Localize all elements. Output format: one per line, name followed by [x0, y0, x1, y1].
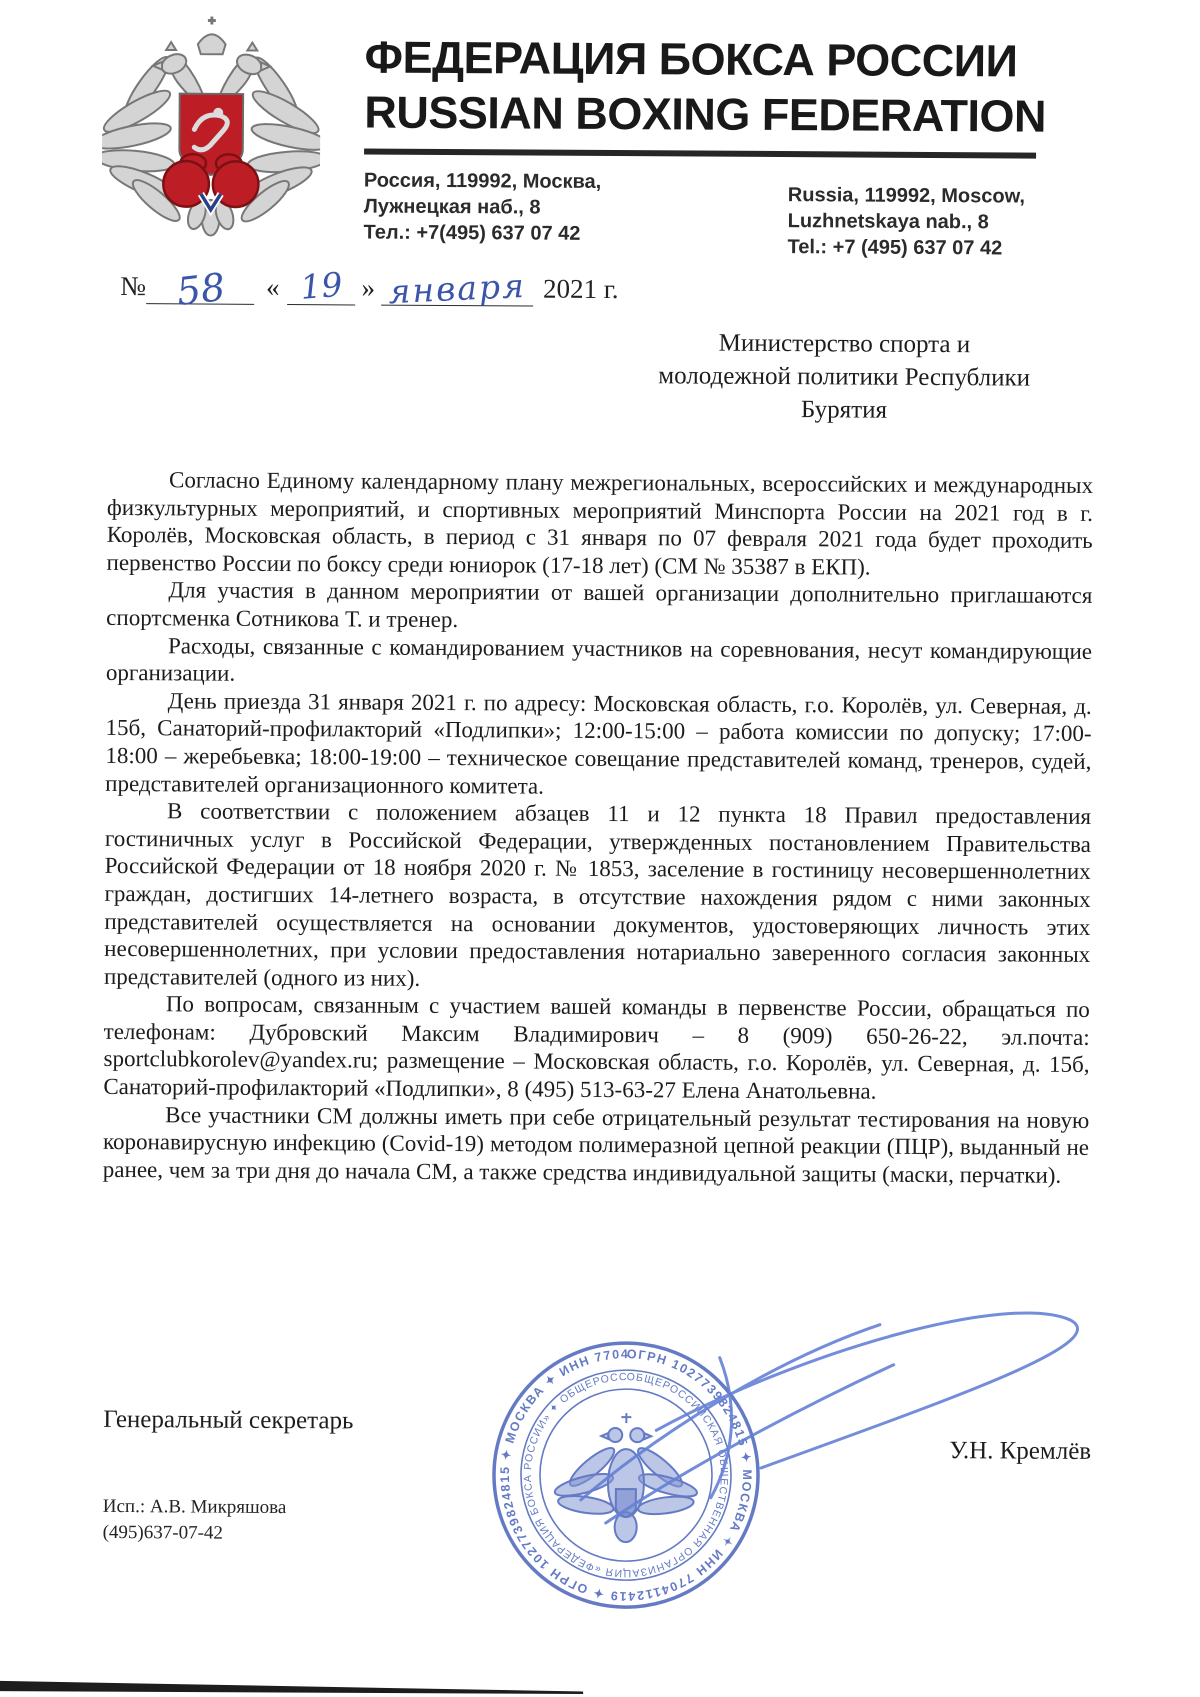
org-name-en: RUSSIAN BOXING FEDERATION	[364, 84, 1036, 143]
letter-body: Согласно Единому календарному плану межр…	[103, 466, 1093, 1189]
body-paragraph: День приезда 31 января 2021 г. по адресу…	[105, 687, 1092, 803]
address-ru: Россия, 119992, Москва, Лужнецкая наб., …	[363, 167, 788, 260]
double-headed-eagle-emblem-icon	[102, 12, 321, 241]
body-paragraph: Согласно Единому календарному плану межр…	[106, 466, 1093, 582]
federation-emblem-logo	[102, 12, 321, 241]
body-paragraph: В соответствии с положением абзацев 11 и…	[104, 797, 1091, 996]
address-ru-line: Россия, 119992, Москва,	[364, 167, 788, 196]
scanned-letter-page: ФЕДЕРАЦИЯ БОКСА РОССИИ RUSSIAN BOXING FE…	[0, 0, 1200, 1697]
body-paragraph: По вопросам, связанным с участием вашей …	[103, 990, 1090, 1106]
recipient-line: Министерство спорта и	[596, 326, 1093, 362]
address-en: Russia, 119992, Moscow, Luzhnetskaya nab…	[787, 170, 1025, 261]
signatory-title: Генеральный секретарь	[103, 1406, 353, 1436]
recipient-line: Бурятия	[595, 392, 1092, 428]
signature-scribble	[581, 1310, 1078, 1526]
official-stamp-and-signature: ОГРН 1027739824815 ✦ МОСКВА ✦ ИНН 770411…	[420, 1264, 1102, 1658]
doc-number-label: №	[120, 271, 146, 304]
executor-block: Исп.: А.В. Микряшова (495)637-07-42	[103, 1494, 287, 1547]
address-ru-line: Лужнецкая наб., 8	[364, 193, 788, 222]
open-quote: «	[254, 272, 288, 305]
address-en-line: Tel.: +7 (495) 637 07 42	[787, 234, 1024, 261]
body-paragraph: Для участия в данном мероприятии от ваше…	[106, 576, 1092, 637]
month-handwritten: января	[388, 266, 527, 311]
org-name-ru: ФЕДЕРАЦИЯ БОКСА РОССИИ	[364, 29, 1036, 88]
day-field: 19	[287, 264, 355, 305]
page-content: ФЕДЕРАЦИЯ БОКСА РОССИИ RUSSIAN BOXING FE…	[0, 0, 1200, 1697]
header-divider	[364, 148, 1036, 158]
day-handwritten: 19	[299, 265, 344, 307]
doc-number-field: 58	[146, 263, 254, 305]
doc-number-handwritten: 58	[174, 265, 227, 314]
year-text: 2021 г.	[533, 274, 619, 308]
address-ru-line: Тел.: +7(495) 637 07 42	[364, 219, 788, 248]
letterhead-title-block: ФЕДЕРАЦИЯ БОКСА РОССИИ RUSSIAN BOXING FE…	[363, 29, 1036, 261]
executor-phone: (495)637-07-42	[103, 1520, 287, 1547]
recipient-line: молодежной политики Республики	[596, 359, 1093, 395]
address-en-line: Luzhnetskaya nab., 8	[788, 208, 1025, 235]
body-paragraph: Все участники СМ должны иметь при себе о…	[103, 1101, 1089, 1190]
executor-name: Исп.: А.В. Микряшова	[103, 1494, 287, 1521]
close-quote: »	[355, 272, 381, 305]
reference-line: № 58 « 19 » января 2021 г.	[120, 246, 619, 307]
recipient-block: Министерство спорта и молодежной политик…	[595, 326, 1093, 428]
round-stamp-icon: ОГРН 1027739824815 ✦ МОСКВА ✦ ИНН 770411…	[420, 1264, 1102, 1658]
address-en-line: Russia, 119992, Moscow,	[788, 182, 1025, 209]
month-field: января	[381, 265, 533, 307]
body-paragraph: Расходы, связанные с командированием уча…	[106, 631, 1092, 692]
